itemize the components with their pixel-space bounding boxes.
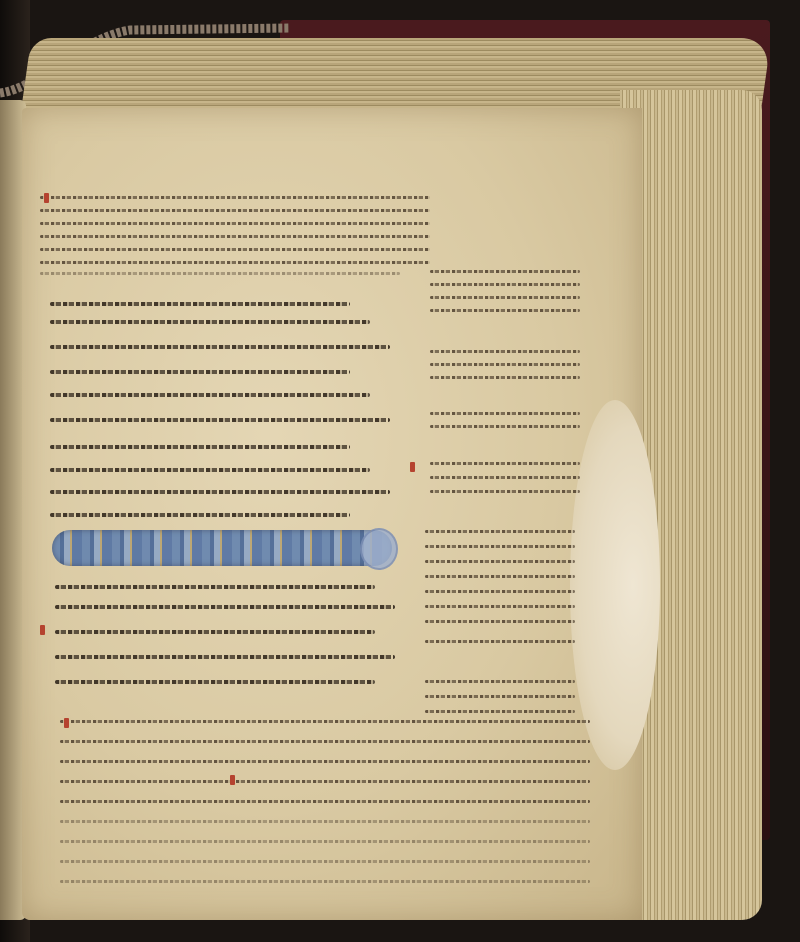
script-line bbox=[40, 196, 430, 199]
script-line bbox=[425, 710, 575, 713]
script-line bbox=[60, 800, 590, 803]
script-line bbox=[60, 860, 590, 863]
script-line bbox=[430, 350, 580, 353]
script-line bbox=[425, 590, 575, 593]
script-line bbox=[50, 513, 350, 517]
script-line bbox=[50, 320, 370, 324]
script-line bbox=[40, 235, 430, 238]
script-line bbox=[50, 370, 350, 374]
script-line bbox=[60, 840, 590, 843]
script-line bbox=[425, 545, 575, 548]
script-line bbox=[40, 222, 430, 225]
script-line bbox=[40, 248, 430, 251]
script-line bbox=[430, 363, 580, 366]
script-line bbox=[60, 740, 590, 743]
script-line bbox=[55, 605, 395, 609]
script-line bbox=[50, 490, 390, 494]
ornamental-headpiece bbox=[52, 530, 392, 566]
script-line bbox=[55, 680, 375, 684]
rubric-initial bbox=[40, 625, 45, 635]
rubric-initial bbox=[64, 718, 69, 728]
ornament-medallion bbox=[360, 528, 398, 570]
script-line bbox=[430, 376, 580, 379]
script-line bbox=[55, 585, 375, 589]
script-line bbox=[50, 302, 350, 306]
water-stain bbox=[570, 400, 660, 770]
script-line bbox=[60, 780, 590, 783]
script-line bbox=[425, 605, 575, 608]
script-line bbox=[425, 695, 575, 698]
script-line bbox=[50, 468, 370, 472]
script-line bbox=[430, 296, 580, 299]
script-line bbox=[40, 272, 400, 275]
script-line bbox=[50, 393, 370, 397]
manuscript-photo bbox=[0, 0, 800, 942]
script-line bbox=[425, 530, 575, 533]
script-line bbox=[50, 345, 390, 349]
rubric-initial bbox=[230, 775, 235, 785]
script-line bbox=[430, 490, 580, 493]
script-line bbox=[40, 209, 430, 212]
script-line bbox=[430, 476, 580, 479]
script-line bbox=[425, 620, 575, 623]
script-line bbox=[430, 462, 580, 465]
script-line bbox=[425, 575, 575, 578]
script-line bbox=[55, 630, 375, 634]
script-line bbox=[425, 640, 575, 643]
script-line bbox=[430, 309, 580, 312]
script-line bbox=[55, 655, 395, 659]
script-line bbox=[60, 820, 590, 823]
script-line bbox=[430, 270, 580, 273]
script-line bbox=[50, 445, 350, 449]
script-line bbox=[50, 418, 390, 422]
script-line bbox=[430, 283, 580, 286]
script-line bbox=[60, 760, 590, 763]
script-line bbox=[425, 680, 575, 683]
script-line bbox=[60, 720, 590, 723]
script-line bbox=[430, 412, 580, 415]
script-line bbox=[40, 261, 430, 264]
script-line bbox=[60, 880, 590, 883]
script-line bbox=[430, 425, 580, 428]
script-line bbox=[425, 560, 575, 563]
rubric-initial bbox=[44, 193, 49, 203]
rubric-initial bbox=[410, 462, 415, 472]
